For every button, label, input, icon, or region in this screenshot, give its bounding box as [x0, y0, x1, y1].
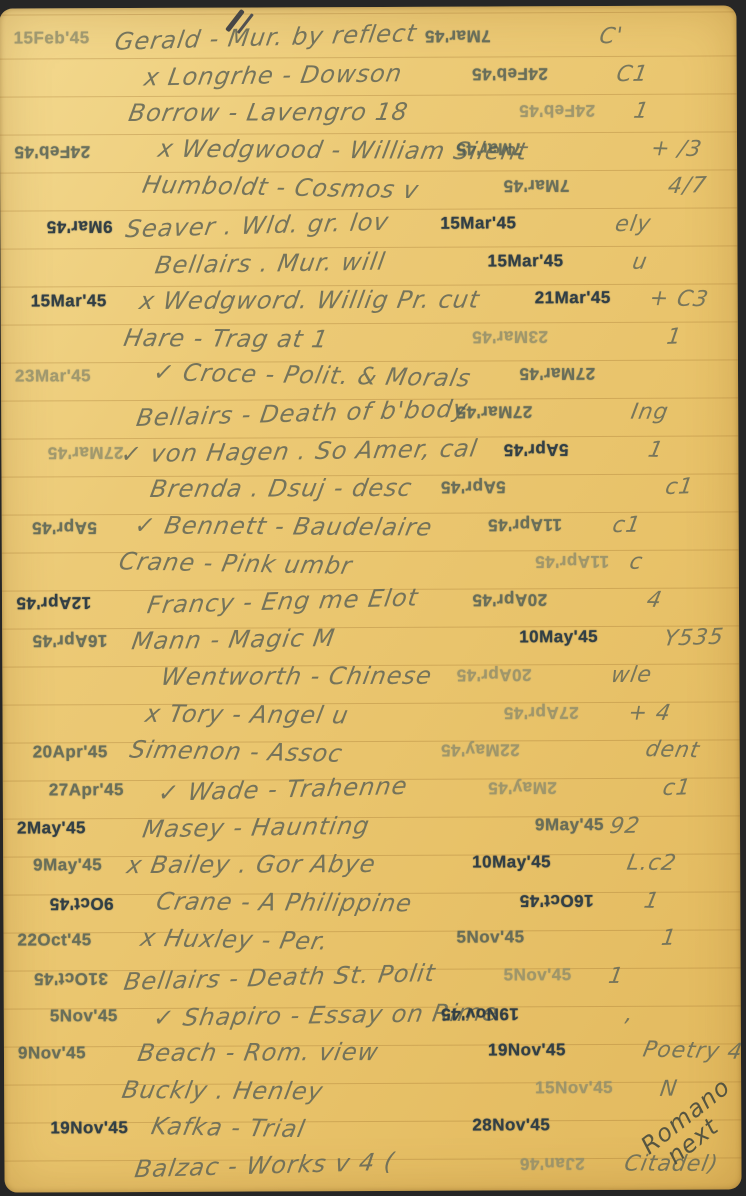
- date-stamp: 15Mar'45: [440, 213, 516, 233]
- date-stamp: 7Mar'45: [503, 176, 569, 196]
- card-entry-row: Hare - Trag at 123Mar'451: [1, 320, 738, 361]
- card-entry-row: Humboldt - Cosmos v7Mar'454/7: [0, 170, 737, 211]
- handwritten-entry: Balzac - Works v 4 (: [133, 1148, 397, 1183]
- date-stamp: 9Oct'45: [49, 893, 113, 913]
- handwritten-entry: Bellairs . Mur. will: [153, 247, 388, 279]
- card-entry-row: 9Nov'45Beach - Rom. view19Nov'45Poetry 4: [4, 1035, 741, 1076]
- date-stamp: 16Apr'45: [32, 630, 107, 650]
- card-entry-row: Crane - Pink umbr11Apr'45c: [2, 546, 739, 587]
- handwritten-entry: Wentworth - Chinese: [159, 662, 435, 691]
- handwritten-tail: Ing: [629, 400, 671, 425]
- card-entry-row: Bellairs . Mur. will15Mar'45u: [0, 245, 737, 286]
- handwritten-entry: Seaver . Wld. gr. lov: [124, 208, 391, 244]
- date-stamp: 27Mar'45: [456, 401, 532, 421]
- handwritten-entry: Gerald - Mur. by reflect: [113, 19, 419, 56]
- date-stamp: 5Apr'45: [440, 477, 505, 497]
- date-stamp: 22May'45: [441, 740, 520, 760]
- handwritten-entry: x Bailey . Gor Abye: [125, 850, 378, 879]
- handwritten-tail: c1: [611, 512, 643, 537]
- card-entry-row: 31Oct'45Bellairs - Death St. Polit5Nov'4…: [4, 959, 741, 1000]
- card-entry-row: 19Nov'45Kafka - Trial28Nov'45: [4, 1110, 741, 1151]
- date-stamp: 5Nov'45: [504, 965, 572, 985]
- date-stamp: 21Mar'45: [535, 288, 611, 308]
- date-stamp: 9Nov'45: [18, 1043, 86, 1063]
- card-entry-row: 23Mar'45✓ Croce - Polit. & Morals27Mar'4…: [1, 358, 738, 399]
- card-entry-row: 9Mar'45Seaver . Wld. gr. lov15Mar'45ely: [0, 207, 737, 248]
- handwritten-entry: Bellairs - Death of b'body: [134, 395, 470, 433]
- card-lines: 15Feb'45Gerald - Mur. by reflect7Mar'45C…: [0, 5, 736, 8]
- handwritten-entry: Masey - Haunting: [141, 811, 372, 843]
- handwritten-tail: 1: [646, 437, 666, 462]
- card-entry-row: 22Oct'45x Huxley - Per.5Nov'451: [3, 922, 740, 963]
- date-stamp: 23Mar'45: [472, 326, 548, 346]
- handwritten-tail: + C3: [647, 286, 710, 312]
- card-entry-row: 9May'45x Bailey . Gor Abye10May'45L.c2: [3, 847, 740, 888]
- date-stamp: 10May'45: [472, 852, 551, 872]
- handwritten-tail: ely: [613, 212, 653, 238]
- handwritten-entry: Mann - Magic M: [130, 624, 337, 655]
- handwritten-entry: x Wedgword. Willig Pr. cut: [137, 286, 482, 316]
- handwritten-entry: x Tory - Angel u: [143, 700, 351, 730]
- date-stamp: 27Mar'45: [519, 363, 595, 383]
- handwritten-tail: 1: [607, 964, 626, 989]
- date-stamp: 31Oct'45: [34, 968, 108, 988]
- date-stamp: 28Nov'45: [472, 1116, 550, 1136]
- card-entry-row: Buckly . Henley15Nov'45N: [4, 1072, 741, 1113]
- handwritten-tail: c1: [661, 775, 693, 801]
- date-stamp: 10May'45: [519, 627, 598, 647]
- handwritten-entry: Francy - Eng me Elot: [145, 583, 420, 619]
- card-entry-row: 24Feb'45x Wedgwood - William Silent7Mar'…: [0, 132, 737, 173]
- handwritten-entry: Crane - Pink umbr: [117, 548, 355, 581]
- date-stamp: 24Feb'45: [14, 141, 90, 161]
- handwritten-tail: + /3: [649, 136, 705, 162]
- date-stamp: 16Oct'45: [519, 890, 593, 910]
- card-entry-row: 9Oct'45Crane - A Philippine16Oct'451: [3, 884, 740, 925]
- handwritten-tail: Y535: [662, 624, 725, 651]
- handwritten-entry: Humboldt - Cosmos v: [140, 171, 421, 205]
- handwritten-tail: c1: [664, 474, 696, 500]
- handwritten-tail: 1: [632, 99, 652, 124]
- handwritten-entry: Brenda . Dsuj - desc: [148, 474, 414, 503]
- date-stamp: 2May'45: [17, 818, 86, 838]
- handwritten-tail: + 4: [626, 700, 673, 725]
- card-entry-row: Borrow - Lavengro 1824Feb'451: [0, 95, 737, 136]
- handwritten-tail: 1: [642, 888, 662, 913]
- handwritten-tail: u: [630, 249, 649, 274]
- card-entry-row: 15Mar'45x Wedgword. Willig Pr. cut21Mar'…: [1, 283, 738, 324]
- date-stamp: 24Feb'45: [519, 100, 595, 120]
- date-stamp: 9May'45: [535, 815, 604, 835]
- card-entry-row: 2May'45Masey - Haunting9May'4592: [3, 809, 740, 850]
- handwritten-entry: x Huxley - Per.: [138, 924, 331, 956]
- date-stamp: 22Oct'45: [17, 931, 91, 951]
- card-entry-row: 5Apr'45✓ Bennett - Baudelaire11Apr'45c1: [2, 508, 739, 549]
- handwritten-tail: wle: [609, 663, 654, 689]
- handwritten-tail: L.c2: [625, 851, 679, 876]
- date-stamp: 15Nov'45: [535, 1078, 613, 1098]
- card-entry-row: 27Mar'45✓ von Hagen . So Amer, cal5Apr'4…: [1, 433, 738, 474]
- handwritten-entry: Borrow - Lavengro 18: [126, 98, 410, 127]
- handwritten-entry: ✓ Croce - Polit. & Morals: [151, 358, 474, 392]
- handwritten-entry: Hare - Trag at 1: [122, 324, 331, 354]
- date-stamp: 19Nov'45: [488, 1040, 566, 1060]
- card-entry-row: 15Feb'45Gerald - Mur. by reflect7Mar'45C…: [0, 19, 737, 60]
- card-entry-row: x Longrhe - Dowson24Feb'45C1: [0, 57, 737, 98]
- date-stamp: 9Mar'45: [46, 216, 112, 236]
- card-entry-row: Wentworth - Chinese20Apr'45wle: [2, 659, 739, 700]
- date-stamp: 23Mar'45: [15, 367, 91, 387]
- handwritten-tail: 4/7: [666, 173, 708, 199]
- handwritten-tail: c: [628, 550, 646, 575]
- card-entry-row: 12Apr'45Francy - Eng me Elot20Apr'454: [2, 583, 739, 624]
- handwritten-entry: ✓ von Hagen . So Amer, cal: [119, 434, 480, 468]
- date-stamp: 27Mar'45: [47, 442, 123, 462]
- handwritten-entry: Buckly . Henley: [120, 1076, 326, 1106]
- handwritten-tail: C': [598, 24, 625, 50]
- scanned-card: 15Feb'45Gerald - Mur. by reflect7Mar'45C…: [0, 0, 746, 1196]
- handwritten-tail: 4: [645, 588, 665, 613]
- date-stamp: 19Nov'45: [50, 1118, 128, 1138]
- card-entry-row: 27Apr'45✓ Wade - Trahenne2May'45c1: [3, 771, 740, 812]
- date-stamp: 15Feb'45: [14, 28, 90, 48]
- handwritten-entry: Bellairs - Death St. Polit: [122, 959, 438, 996]
- date-stamp: 27Apr'45: [503, 702, 578, 722]
- handwritten-tail: N: [658, 1076, 679, 1102]
- card-entry-row: Bellairs - Death of b'body27Mar'45Ing: [1, 395, 738, 436]
- date-stamp: 5Apr'45: [32, 517, 97, 537]
- handwritten-entry: Simenon - Assoc: [127, 736, 345, 768]
- handwritten-entry: ✓ Wade - Trahenne: [156, 772, 409, 807]
- card-entry-row: 5Nov'45✓ Shapiro - Essay on Rime19Nov'45…: [4, 997, 741, 1038]
- date-stamp: 20Apr'45: [33, 743, 108, 763]
- handwritten-tail: ,: [624, 1001, 637, 1026]
- date-stamp: 2May'45: [488, 777, 557, 797]
- date-stamp: 5Apr'45: [503, 439, 568, 459]
- date-stamp: 20Apr'45: [472, 589, 547, 609]
- handwritten-entry: Beach - Rom. view: [136, 1038, 381, 1067]
- date-stamp: 11Apr'45: [535, 551, 609, 571]
- handwritten-entry: Kafka - Trial: [149, 1112, 308, 1143]
- handwritten-tail: 1: [665, 324, 684, 350]
- date-stamp: 9May'45: [33, 855, 102, 875]
- card-entry-row: 16Apr'45Mann - Magic M10May'45Y535: [2, 621, 739, 662]
- date-stamp: 2Jan'46: [519, 1153, 584, 1173]
- card-entry-row: Balzac - Works v 4 (2Jan'46Citadel): [4, 1147, 741, 1188]
- card-entry-row: x Tory - Angel u27Apr'45+ 4: [2, 696, 739, 737]
- handwritten-tail: 92: [608, 813, 642, 838]
- date-stamp: 5Nov'45: [456, 928, 524, 948]
- handwritten-tail: Poetry 4: [641, 1038, 742, 1065]
- date-stamp: 24Feb'45: [472, 63, 548, 83]
- date-stamp: 27Apr'45: [49, 780, 124, 800]
- date-stamp: 15Mar'45: [487, 251, 563, 271]
- date-stamp: 20Apr'45: [456, 664, 531, 684]
- card-entry-row: 20Apr'45Simenon - Assoc22May'45dent: [3, 734, 740, 775]
- date-stamp: 12Apr'45: [16, 592, 91, 612]
- date-stamp: 19Nov'45: [441, 1003, 519, 1023]
- handwritten-entry: ✓ Bennett - Baudelaire: [132, 511, 434, 541]
- date-stamp: 7Mar'45: [456, 138, 522, 158]
- date-stamp: 15Mar'45: [31, 291, 107, 311]
- card-entry-row: Brenda . Dsuj - desc5Apr'45c1: [1, 471, 738, 512]
- date-stamp: 11Apr'45: [488, 514, 562, 534]
- handwritten-tail: dent: [643, 737, 702, 763]
- handwritten-tail: 1: [660, 926, 679, 952]
- library-card: 15Feb'45Gerald - Mur. by reflect7Mar'45C…: [0, 5, 742, 1192]
- handwritten-entry: x Longrhe - Dowson: [142, 59, 404, 91]
- date-stamp: 5Nov'45: [50, 1006, 118, 1026]
- handwritten-entry: Crane - A Philippine: [154, 887, 415, 917]
- date-stamp: 7Mar'45: [424, 25, 490, 45]
- handwritten-tail: C1: [615, 61, 650, 86]
